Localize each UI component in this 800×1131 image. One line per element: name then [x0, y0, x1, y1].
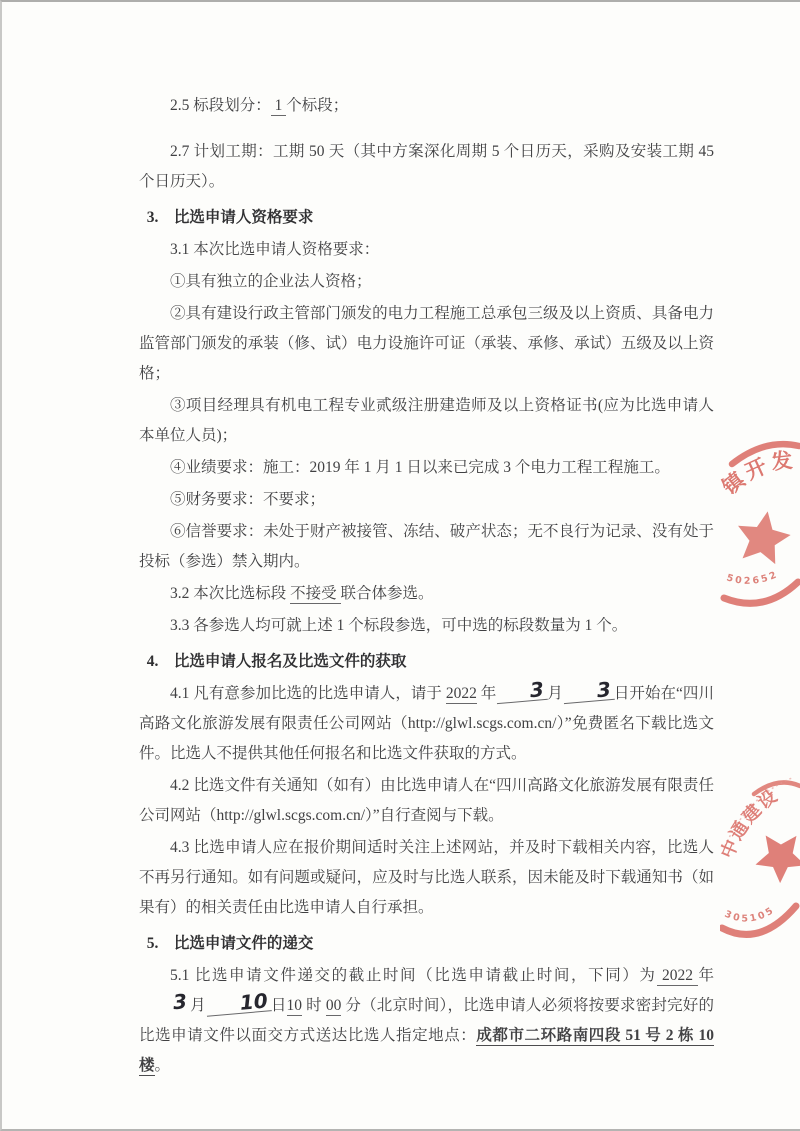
seal-1-graphic: 镇开发 502652: [720, 430, 800, 620]
text-segment: 3.2 本次比选标段: [170, 585, 290, 602]
text-segment: ②具有建设行政主管部门颁发的电力工程施工总承包三级及以上资质、具备电力监管部门颁…: [139, 305, 714, 382]
paragraph: 5.1 比选申请文件递交的截止时间（比选申请截止时间，下同）为 2022 年3月…: [139, 961, 714, 1081]
paragraph: ③项目经理具有机电工程专业贰级注册建造师及以上资格证书(应为比选申请人本单位人员…: [139, 391, 714, 451]
official-seal-1: 镇开发 502652: [720, 430, 800, 620]
text-segment: 日: [271, 997, 287, 1014]
text-segment: ⑤财务要求：不要求；: [170, 491, 325, 508]
text-segment: 5.1 比选申请文件递交的截止时间（比选申请截止时间，下同）为: [170, 967, 657, 984]
text-segment: 5. 比选申请文件的递交: [147, 935, 314, 952]
paragraph: 4.2 比选文件有关通知（如有）由比选申请人在“四川高路文化旅游发展有限责任公司…: [139, 771, 714, 831]
seal-2-outer-arc-bottom: [722, 906, 796, 934]
text-segment: 。: [155, 1057, 171, 1074]
paragraph: 3.1 本次比选申请人资格要求：: [139, 235, 714, 265]
paragraph: ①具有独立的企业法人资格；: [139, 267, 714, 297]
text-segment: 3. 比选申请人资格要求: [147, 209, 314, 226]
star-icon: [745, 821, 800, 888]
text-segment: 3.3 各参选人均可就上述 1 个标段参选，可中选的标段数量为 1 个。: [170, 617, 627, 634]
seal-2-text: 中通建设: [720, 784, 783, 862]
section-heading: 5. 比选申请文件的递交: [139, 929, 714, 959]
section-heading: 4. 比选申请人报名及比选文件的获取: [139, 647, 714, 677]
svg-text:镇开发: 镇开发: [720, 448, 798, 500]
scanned-document-page: 2.5 标段划分： 1 个标段；2.7 计划工期：工期 50 天（其中方案深化周…: [0, 0, 800, 1131]
seal-1-outer-arc-bottom: [724, 582, 798, 603]
text-segment-hw: 3: [138, 991, 190, 1015]
text-segment-u: 1: [271, 97, 287, 116]
section-heading: 3. 比选申请人资格要求: [139, 203, 714, 233]
text-segment-u: 00: [326, 997, 342, 1016]
paragraph: ⑥信誉要求：未处于财产被接管、冻结、破产状态；无不良行为记录、没有处于投标（参选…: [139, 517, 714, 577]
text-segment: 时: [302, 997, 326, 1014]
seal-1-outer-arc-top: [732, 444, 799, 464]
svg-text:305105: 305105: [723, 904, 777, 924]
text-segment: 年: [477, 685, 496, 702]
paragraph: 2.5 标段划分： 1 个标段；: [139, 91, 714, 121]
text-segment-hwu: 10: [205, 990, 271, 1017]
text-segment-u: 10: [287, 997, 303, 1016]
text-segment: ④业绩要求：施工：2019 年 1 月 1 日以来已完成 3 个电力工程工程施工…: [170, 459, 670, 476]
text-segment: 月: [190, 997, 206, 1014]
text-segment: ⑥信誉要求：未处于财产被接管、冻结、破产状态；无不良行为记录、没有处于投标（参选…: [139, 523, 714, 570]
seal-1-text: 镇开发: [720, 448, 798, 500]
seal-2-number: 305105: [723, 904, 777, 924]
text-segment: 2.5 标段划分：: [170, 97, 271, 114]
text-segment-u: 2022: [446, 685, 477, 704]
text-segment: 年: [698, 967, 714, 984]
paragraph: ④业绩要求：施工：2019 年 1 月 1 日以来已完成 3 个电力工程工程施工…: [139, 453, 714, 483]
text-segment: 4.1 凡有意参加比选的比选申请人，请于: [170, 685, 446, 702]
paragraph: ⑤财务要求：不要求；: [139, 485, 714, 515]
seal-2-outer-arc-top: [754, 782, 800, 794]
text-segment-u: 2022: [657, 967, 699, 986]
paragraph: 4.3 比选申请人应在报价期间适时关注上述网站，并及时下载相关内容，比选人不再另…: [139, 833, 714, 923]
text-segment: 2.7 计划工期：工期 50 天（其中方案深化周期 5 个日历天，采购及安装工期…: [139, 143, 714, 190]
seal-1-number: 502652: [725, 569, 780, 587]
svg-text:502652: 502652: [725, 569, 780, 587]
text-segment: 月: [547, 685, 563, 702]
paragraph: ②具有建设行政主管部门颁发的电力工程施工总承包三级及以上资质、具备电力监管部门颁…: [139, 299, 714, 389]
text-segment-hwu: 3: [496, 679, 549, 704]
seal-2-faint-ring: [725, 778, 792, 846]
text-segment: ①具有独立的企业法人资格；: [170, 273, 372, 290]
paragraph: 3.2 本次比选标段 不接受 联合体参选。: [139, 579, 714, 609]
text-segment: 4. 比选申请人报名及比选文件的获取: [147, 653, 407, 670]
svg-text:中通建设: 中通建设: [720, 784, 783, 862]
paragraph: 2.7 计划工期：工期 50 天（其中方案深化周期 5 个日历天，采购及安装工期…: [139, 137, 714, 197]
paragraph: 4.1 凡有意参加比选的比选申请人，请于 2022 年3月3日开始在“四川高路文…: [139, 679, 714, 769]
text-segment: 个标段；: [286, 97, 348, 114]
document-body: 2.5 标段划分： 1 个标段；2.7 计划工期：工期 50 天（其中方案深化周…: [139, 91, 714, 1081]
text-segment-hwu: 3: [562, 679, 615, 704]
seal-2-graphic: 中通建设 305105: [720, 764, 800, 949]
text-segment: 4.3 比选申请人应在报价期间适时关注上述网站，并及时下载相关内容，比选人不再另…: [139, 839, 714, 916]
official-seal-2: 中通建设 305105: [720, 764, 800, 949]
text-segment: 4.2 比选文件有关通知（如有）由比选申请人在“四川高路文化旅游发展有限责任公司…: [139, 777, 714, 824]
text-segment: 3.1 本次比选申请人资格要求：: [170, 241, 379, 258]
text-segment-u: 不接受: [290, 585, 340, 604]
star-icon: [733, 507, 794, 566]
paragraph: 3.3 各参选人均可就上述 1 个标段参选，可中选的标段数量为 1 个。: [139, 611, 714, 641]
text-segment: ③项目经理具有机电工程专业贰级注册建造师及以上资格证书(应为比选申请人本单位人员…: [139, 397, 714, 444]
text-segment: 联合体参选。: [341, 585, 434, 602]
